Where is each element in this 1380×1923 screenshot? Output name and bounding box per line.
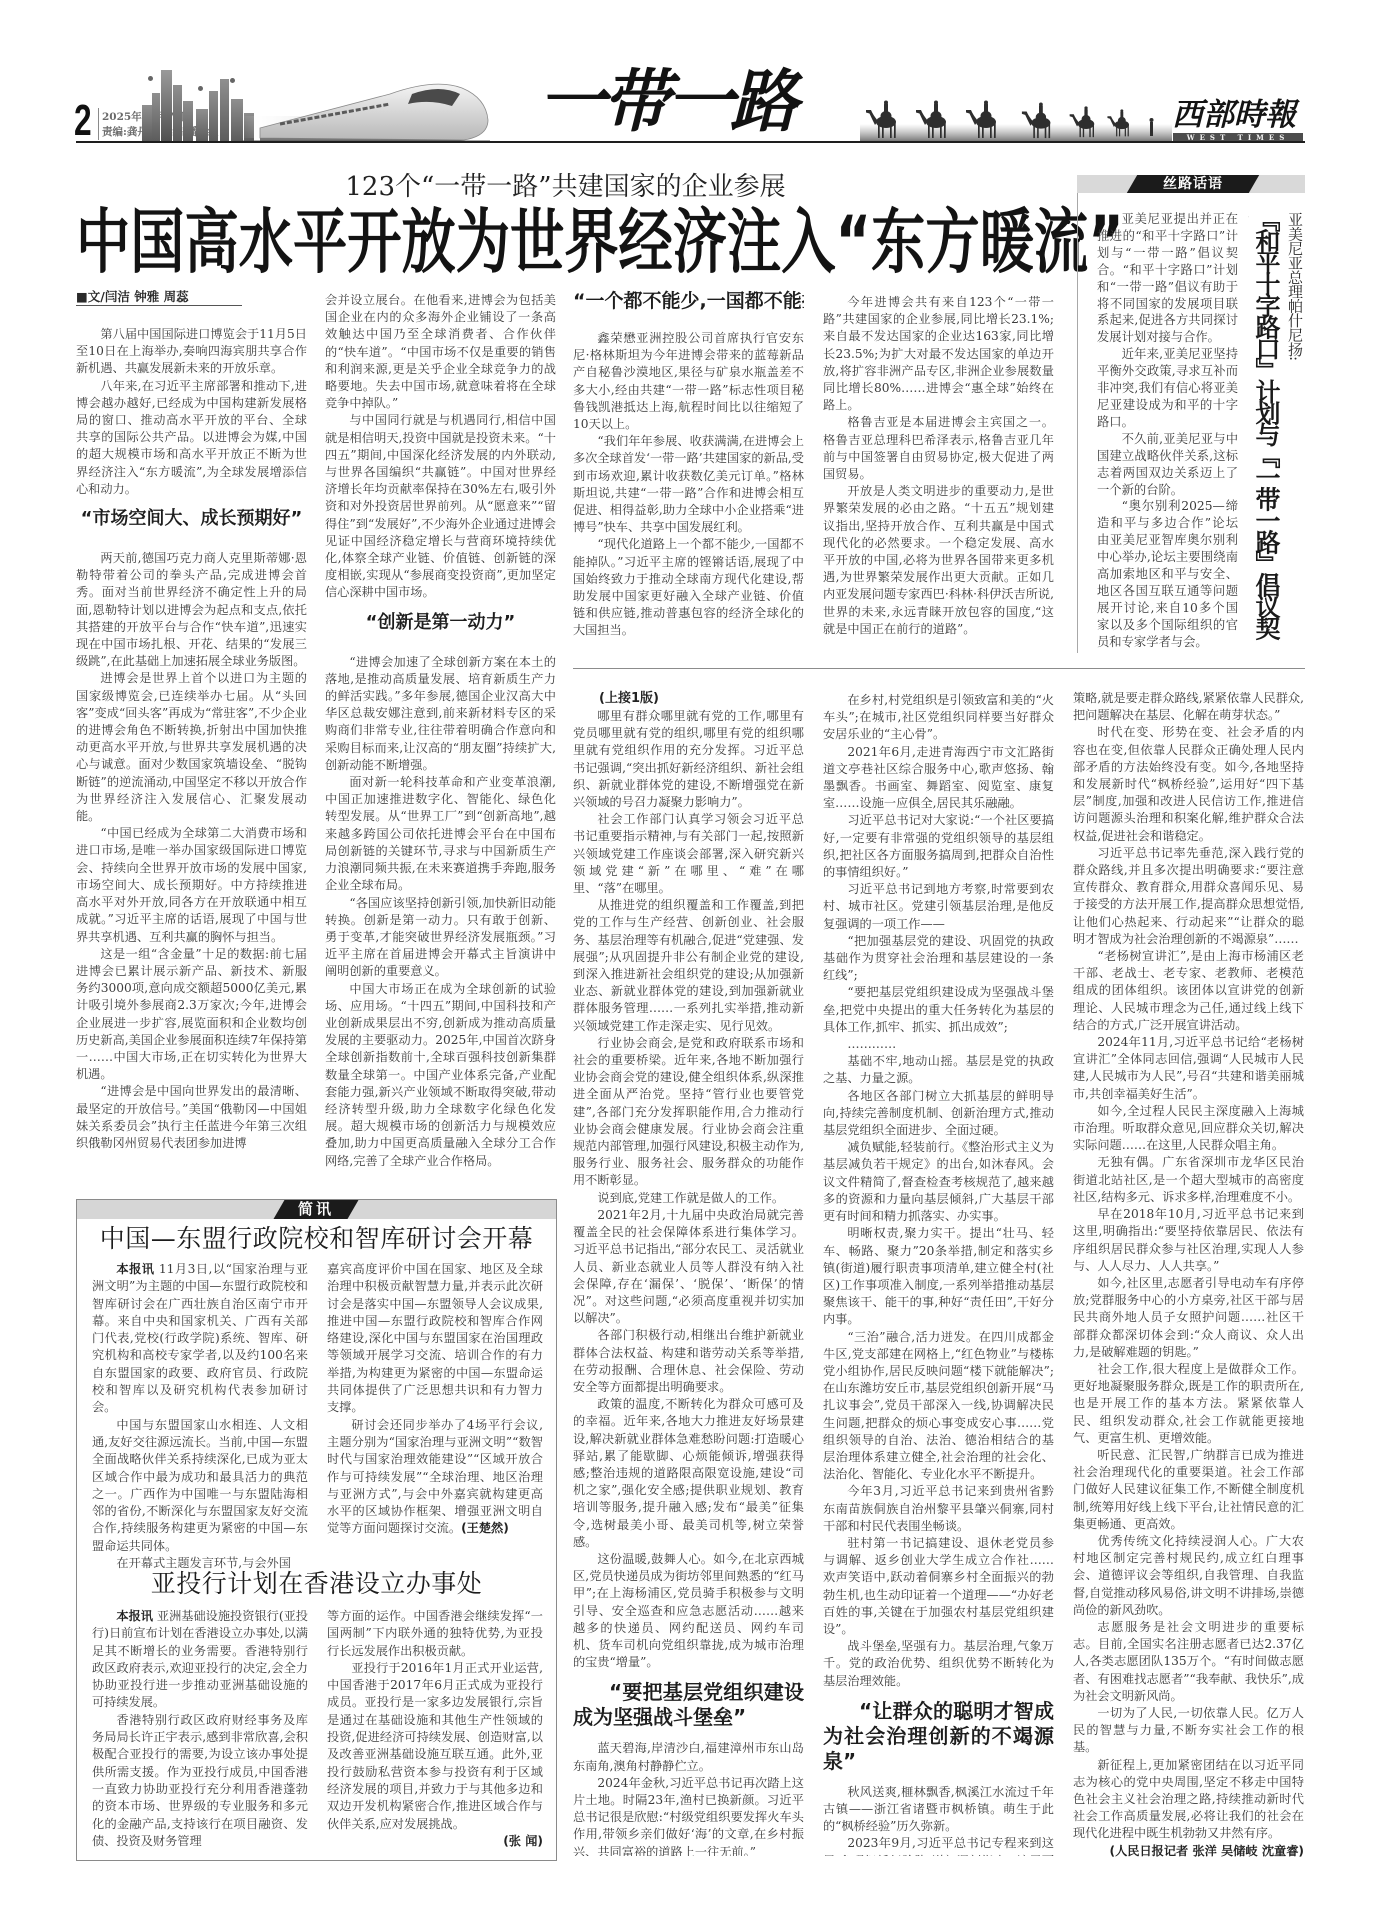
paragraph: 蓝天碧海,岸清沙白,福建漳州市东山岛东南角,澳角村静静伫立。 (573, 1740, 804, 1774)
section-title-calligraphy: 一带一路 (538, 62, 794, 142)
article-kicker: 123个“一带一路”共建国家的企业参展 (76, 172, 1055, 202)
newspaper-logo: 西部時報 (1172, 98, 1296, 132)
camel-caravan-illustration (860, 94, 1172, 142)
paragraph: 从推进党的组织覆盖和工作覆盖,到把党的工作与生产经营、创新创业、社会服务、基层治… (573, 897, 804, 1035)
paragraph: 社会工作,很大程度上是做群众工作。更好地凝聚服务群众,既是工作的职责所在,也是开… (1073, 1361, 1304, 1447)
paragraph: 亚美尼亚提出并正在推进的“和平十字路口”计划与“一带一路”倡议契合。“和平十字路… (1097, 211, 1238, 346)
paragraph: 说到底,党建工作就是做人的工作。 (573, 1190, 804, 1207)
paragraph: 等方面的运作。中国香港会继续发挥“一国两制”下内联外通的独特优势,为亚投行长远发… (327, 1608, 543, 1660)
paragraph: 2021年2月,十九届中央政治局就完善覆盖全民的社会保障体系进行集体学习。习近平… (573, 1207, 804, 1327)
paragraph: 嘉宾高度评价中国在国家、地区及全球治理中积极贡献智慧力量,并表示此次研讨会是落实… (327, 1261, 543, 1417)
paragraph: “中国已经成为全球第二大消费市场和进口市场,是唯一举办国家级国际进口博览会、持续… (76, 825, 307, 945)
dateline: 本报讯 (116, 1262, 154, 1276)
main-article-column-3: “一个都不能少,一国都不能掉队” 鑫荣懋亚洲控股公司首席执行官安东尼·格林斯坦为… (573, 290, 804, 652)
paragraph: “老杨树宣讲汇”,是由上海市杨浦区老干部、老战士、老专家、老教师、老模范组成的团… (1073, 948, 1304, 1034)
paragraph: 鑫荣懋亚洲控股公司首席执行官安东尼·格林斯坦为今年进博会带来的蓝莓新品产自秘鲁沙… (573, 330, 804, 433)
main-article-column-4: 今年进博会共有来自123个“一带一路”共建国家的企业参展,同比增长23.1%;来… (823, 294, 1054, 652)
paragraph: 香港特别行政区政府财经事务及库务局局长许正宇表示,感到非常欣喜,会积极配合亚投行… (92, 1712, 308, 1850)
paragraph: 2021年6月,走进青海西宁市文汇路街道文亭巷社区综合服务中心,歌声悠扬、翰墨飘… (823, 744, 1054, 813)
section-subheading: “一个都不能少,一国都不能掉队” (573, 290, 804, 312)
paragraph: 各部门积极行动,相继出台维护新就业群体合法权益、构建和谐劳动关系等举措,在劳动报… (573, 1327, 804, 1396)
paragraph: 本报讯 亚洲基础设施投资银行(亚投行)日前宣布计划在香港设立办事处,以满足其不断… (92, 1608, 308, 1712)
paragraph: 秋风送爽,榧林飘香,枫溪江水流过千年古镇——浙江省诸暨市枫桥镇。萌生于此的“枫桥… (823, 1784, 1054, 1836)
author-credit: (王楚然) (461, 1521, 509, 1535)
page-number: 2 (74, 98, 92, 144)
paragraph: 进博会是世界上首个以进口为主题的国家级博览会,已连续举办七届。从“头回客”变成“… (76, 670, 307, 825)
reporter-credit: (人民日报记者 张洋 吴储岐 沈童睿) (1073, 1843, 1304, 1860)
paragraph: 政策的温度,不断转化为群众可感可及的幸福。近年来,各地大力推进友好场景建设,解决… (573, 1396, 804, 1551)
paragraph: 不久前,亚美尼亚与中国建立战略伙伴关系,这标志着两国双边关系迈上了一个新的台阶。 (1097, 431, 1238, 499)
paragraph: 2024年11月,习近平总书记给“老杨树宣讲汇”全体同志回信,强调“人民城市人民… (1073, 1034, 1304, 1103)
high-speed-train-illustration (240, 64, 490, 142)
paragraph: “进博会是中国向世界发出的最清晰、最坚定的开放信号。”美国“俄勒冈—中国姐妹关系… (76, 1083, 307, 1152)
brief-2-column-b: 等方面的运作。中国香港会继续发挥“一国两制”下内联外通的独特优势,为亚投行长远发… (327, 1608, 543, 1852)
author-credit: (张 闻) (327, 1833, 543, 1850)
dateline: 本报讯 (116, 1609, 153, 1623)
paragraph: 习近平总书记对大家说:“一个社区要搞好,一定要有非常强的党组织领导的基层组织,把… (823, 812, 1054, 881)
paragraph: 开放是人类文明进步的重要动力,是世界繁荣发展的必由之路。“十五五”规划建议指出,… (823, 483, 1054, 638)
paragraph: 如今,社区里,志愿者引导电动车有序停放;党群服务中心的小方桌旁,社区干部与居民共… (1073, 1275, 1304, 1361)
paragraph: 在乡村,村党组织是引领致富和美的“火车头”;在城市,社区党组织同样要当好群众安居… (823, 692, 1054, 744)
main-article-column-1: 第八届中国国际进口博览会于11月5日至10日在上海举办,奏响四海宾朋共享合作新机… (76, 326, 307, 1188)
paragraph: 今年进博会共有来自123个“一带一路”共建国家的企业参展,同比增长23.1%;来… (823, 294, 1054, 414)
sidebar-body: 亚美尼亚提出并正在推进的“和平十字路口”计划与“一带一路”倡议契合。“和平十字路… (1097, 211, 1238, 656)
paragraph: 基础不牢,地动山摇。基层是党的执政之基、力量之源。 (823, 1053, 1054, 1087)
paragraph: 时代在变、形势在变、社会矛盾的内容也在变,但依靠人民群众正确处理人民内部矛盾的方… (1073, 724, 1304, 844)
sidebar-label: 丝路话语 (1132, 175, 1254, 193)
paragraph: 与中国同行就是与机遇同行,相信中国就是相信明天,投资中国就是投资未来。“十四五”… (325, 412, 556, 601)
paragraph: 研讨会还同步举办了4场平行会议,主题分别为“国家治理与亚洲文明”“数智时代与国家… (327, 1417, 543, 1538)
paragraph: 亚投行于2016年1月正式开业运营,中国香港于2017年6月正式成为亚投行成员。… (327, 1660, 543, 1833)
paragraph: “要把基层党组织建设成为坚强战斗堡垒,把党中央提出的重大任务转化为基层的具体工作… (823, 984, 1054, 1036)
section-subheading: “市场空间大、成长预期好” (76, 508, 307, 530)
paragraph: 八年来,在习近平主席部署和推动下,进博会越办越好,已经成为中国构建新发展格局的窗… (76, 378, 307, 498)
continued-article-column-3: 策略,就是要走群众路线,紧紧依靠人民群众,把问题解决在基层、化解在萌芽状态。” … (1073, 690, 1304, 1860)
paragraph: 格鲁吉亚是本届进博会主宾国之一。格鲁吉亚总理科巴希泽表示,格鲁吉亚几年前与中国签… (823, 414, 1054, 483)
paragraph: “各国应该坚持创新引领,加快新旧动能转换。创新是第一动力。只有敢于创新、勇于变革… (325, 895, 556, 981)
paragraph: 一切为了人民,一切依靠人民。亿万人民的智慧与力量,不断夯实社会工作的根基。 (1073, 1705, 1304, 1757)
paragraph-text: 亚洲基础设施投资银行(亚投行)日前宣布计划在香港设立办事处,以满足其不断增长的业… (92, 1609, 308, 1709)
paragraph: “把加强基层党的建设、巩固党的执政基础作为贯穿社会治理和基层建设的一条红线”; (823, 933, 1054, 985)
continued-from-label: (上接1版) (573, 690, 804, 708)
paragraph: 如今,全过程人民民主深度融入上海城市治理。听取群众意见,回应群众关切,解决实际问… (1073, 1103, 1304, 1155)
paragraph: 2024年金秋,习近平总书记再次踏上这片土地。时隔23年,渔村已换新颜。习近平总… (573, 1775, 804, 1856)
section-subheading: “让群众的聪明才智成为社会治理创新的不竭源泉” (823, 1699, 1054, 1774)
main-article-column-2: 会并设立展台。在他看来,进博会为包括美国企业在内的众多海外企业铺设了一条高效触达… (325, 292, 556, 1188)
paragraph: 志愿服务是社会文明进步的重要标志。目前,全国实名注册志愿者已达2.37亿人,各类… (1073, 1619, 1304, 1705)
paragraph: 早在2018年10月,习近平总书记来到这里,明确指出:“要坚持依靠居民、依法有序… (1073, 1206, 1304, 1275)
paragraph: 中国与东盟国家山水相连、人文相通,友好交往源远流长。当前,中国—东盟全面战略伙伴… (92, 1417, 308, 1555)
continued-article-column-2: 在乡村,村党组织是引领致富和美的“火车头”;在城市,社区党组织同样要当好群众安居… (823, 692, 1054, 1856)
paragraph: 今年3月,习近平总书记来到贵州省黔东南苗族侗族自治州黎平县肇兴侗寨,同村干部和村… (823, 1483, 1054, 1535)
paragraph: 无独有偶。广东省深圳市龙华区民治街道北站社区,是一个超大型城市的高密度社区,结构… (1073, 1154, 1304, 1206)
paragraph-text: 11月3日,以“国家治理与亚洲文明”为主题的中国—东盟行政院校和智库研讨会在广西… (92, 1262, 308, 1414)
brief-2-title: 亚投行计划在香港设立办事处 (77, 1569, 556, 1599)
sidebar-border (1077, 175, 1078, 653)
sidebar-vertical-title: 『和平十字路口』计划与『一带一路』倡议契合 (1248, 207, 1282, 657)
paragraph: 本报讯 11月3日,以“国家治理与亚洲文明”为主题的中国—东盟行政院校和智库研讨… (92, 1261, 308, 1417)
paragraph: “进博会加速了全球创新方案在本土的落地,是推动高质量发展、培育新质生产力的鲜活实… (325, 654, 556, 774)
continued-article-column-1: (上接1版) 哪里有群众哪里就有党的工作,哪里有党员哪里就有党的组织,哪里有党的… (573, 690, 804, 1856)
paragraph: 明晰权责,聚力实干。提出“壮马、轻车、畅路、聚力”20条举措,制定和落实乡镇(街… (823, 1225, 1054, 1328)
paragraph: “我们年年参展、收获满满,在进博会上多次全球首发‘一带一路’共建国家的新品,受到… (573, 433, 804, 536)
brief-1-title: 中国—东盟行政院校和智库研讨会开幕 (77, 1224, 556, 1254)
paragraph: 各地区各部门树立大抓基层的鲜明导向,持续完善制度机制、创新治理方式,推动基层党组… (823, 1088, 1054, 1140)
paragraph: 近年来,亚美尼亚坚持平衡外交政策,寻求互补而非冲突,我们有信心将亚美尼亚建设成为… (1097, 346, 1238, 431)
paragraph: 习近平总书记率先垂范,深入践行党的群众路线,并且多次提出明确要求:“要注意宣传群… (1073, 845, 1304, 948)
paragraph: “三治”融合,活力迸发。在四川成都金牛区,党支部建在网格上,“红色物业”与楼栋党… (823, 1329, 1054, 1484)
section-divider (573, 668, 1305, 669)
paragraph-text: 研讨会还同步举办了4场平行会议,主题分别为“国家治理与亚洲文明”“数智时代与国家… (327, 1418, 543, 1536)
brief-1-column-a: 本报讯 11月3日,以“国家治理与亚洲文明”为主题的中国—东盟行政院校和智库研讨… (92, 1261, 308, 1573)
article-headline: 中国高水平开放为世界经济注入“东方暖流” (76, 205, 1124, 279)
ellipsis-line: ………… (823, 1036, 1054, 1053)
paragraph: 策略,就是要走群众路线,紧紧依靠人民群众,把问题解决在基层、化解在萌芽状态。” (1073, 690, 1304, 724)
paragraph: “奥尔别利2025—缔造和平与多边合作”论坛由亚美尼亚智库奥尔别利中心举办,论坛… (1097, 498, 1238, 650)
paragraph: 听民意、汇民智,广纳群言已成为推进社会治理现代化的重要渠道。社会工作部门做好人民… (1073, 1447, 1304, 1533)
paragraph: 减负赋能,轻装前行。《整治形式主义为基层减负若干规定》的出台,如沐春风。会议文件… (823, 1139, 1054, 1225)
paragraph: 这份温暖,鼓舞人心。如今,在北京西城区,党员快递员成为街坊邻里间熟悉的“红马甲”… (573, 1551, 804, 1671)
paragraph: 第八届中国国际进口博览会于11月5日至10日在上海举办,奏响四海宾朋共享合作新机… (76, 326, 307, 378)
paragraph: 2023年9月,习近平总书记专程来到这里,参观枫桥经验陈列馆,深刻指出:“这里面… (823, 1835, 1054, 1856)
section-subheading: “创新是第一动力” (325, 612, 556, 634)
paragraph: 哪里有群众哪里就有党的工作,哪里有党员哪里就有党的组织,哪里有党的组织哪里就有党… (573, 708, 804, 811)
sidebar-speaker: 亚美尼亚总理帕什尼扬: (1285, 212, 1305, 382)
paragraph: 这是一组“含金量”十足的数据:前七届进博会已累计展示新产品、新技术、新服务约30… (76, 946, 307, 1084)
paragraph: 社会工作部门认真学习领会习近平总书记重要指示精神,与有关部门一起,按照新兴领域党… (573, 811, 804, 897)
article-byline: ■文/闫洁 钟雅 周蕊 (76, 289, 242, 306)
paragraph: 新征程上,更加紧密团结在以习近平同志为核心的党中央周围,坚定不移走中国特色社会主… (1073, 1757, 1304, 1843)
paragraph: “现代化道路上一个都不能少,一国都不能掉队。”习近平主席的铿锵话语,展现了中国始… (573, 536, 804, 639)
masthead-rule (76, 141, 1305, 143)
paragraph: 驻村第一书记搞建设、退休老党员参与调解、返乡创业大学生成立合作社……欢声笑语中,… (823, 1535, 1054, 1638)
paragraph: 战斗堡垒,坚强有力。基层治理,气象万千。党的政治优势、组织优势不断转化为基层治理… (823, 1638, 1054, 1690)
header-separator (98, 108, 99, 140)
brief-2-column-a: 本报讯 亚洲基础设施投资银行(亚投行)日前宣布计划在香港设立办事处,以满足其不断… (92, 1608, 308, 1852)
paragraph: 两天前,德国巧克力商人克里斯蒂娜·恩勒特带着公司的拳头产品,完成进博会首秀。面对… (76, 550, 307, 670)
paragraph: 优秀传统文化持续浸润人心。广大农村地区制定完善村规民约,成立红白理事会、道德评议… (1073, 1533, 1304, 1619)
brief-1-column-b: 嘉宾高度评价中国在国家、地区及全球治理中积极贡献智慧力量,并表示此次研讨会是落实… (327, 1261, 543, 1573)
briefs-label: 简讯 (279, 1200, 353, 1219)
paragraph: 行业协会商会,是党和政府联系市场和社会的重要桥梁。近年来,各地不断加强行业协会商… (573, 1035, 804, 1190)
paragraph: 面对新一轮科技革命和产业变革浪潮,中国正加速推进数字化、智能化、绿色化转型发展。… (325, 774, 556, 894)
paragraph: 中国大市场正在成为全球创新的试验场、应用场。“十四五”期间,中国科技和产业创新成… (325, 981, 556, 1170)
paragraph: 会并设立展台。在他看来,进博会为包括美国企业在内的众多海外企业铺设了一条高效触达… (325, 292, 556, 412)
paragraph: 习近平总书记到地方考察,时常要到农村、城市社区。党建引领基层治理,是他反复强调的… (823, 881, 1054, 933)
section-subheading: “要把基层党组织建设成为坚强战斗堡垒” (573, 1680, 804, 1730)
